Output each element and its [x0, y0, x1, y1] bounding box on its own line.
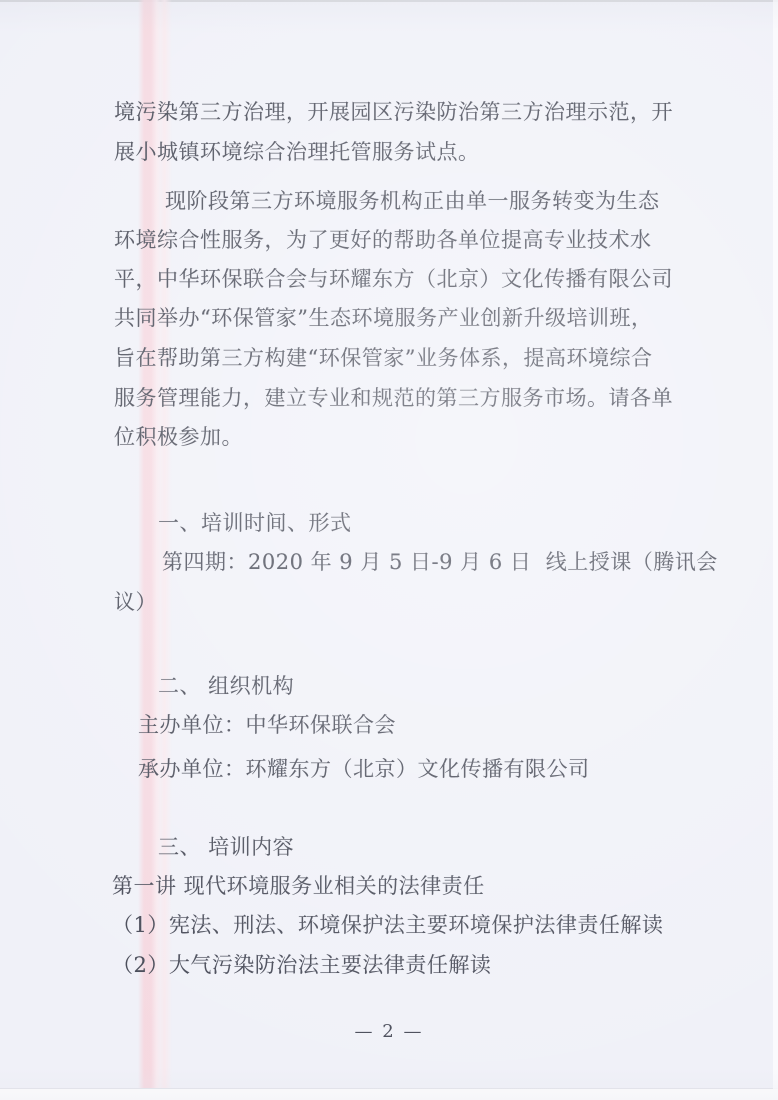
body-line: 境污染第三方治理，开展园区污染防治第三方治理示范，开: [114, 99, 673, 125]
body-line: 服务管理能力，建立专业和规范的第三方服务市场。请各单: [114, 385, 673, 411]
lecture-item-1: （1）宪法、刑法、环境保护法主要环境保护法律责任解读: [112, 912, 663, 938]
body-line: 议）: [114, 589, 157, 615]
scanner-bottom-edge: [0, 1088, 778, 1100]
section-heading-2: 二、 组织机构: [158, 673, 294, 699]
scanned-document-page: 境污染第三方治理，开展园区污染防治第三方治理示范，开 展小城镇环境综合治理托管服…: [0, 0, 778, 1100]
paragraph-start-line: 现阶段第三方环境服务机构正由单一服务转变为生态: [165, 188, 660, 214]
co-organizer-line: 承办单位：环耀东方（北京）文化传播有限公司: [138, 756, 590, 782]
body-line: 共同举办“环保管家”生态环境服务产业创新升级培训班，: [114, 305, 652, 331]
body-line: 展小城镇环境综合治理托管服务试点。: [114, 139, 480, 165]
scanner-right-edge: [773, 0, 778, 1100]
section-heading-1: 一、培训时间、形式: [158, 510, 352, 536]
body-line: 旨在帮助第三方构建“环保管家”业务体系，提高环境综合: [114, 345, 652, 371]
scanner-top-edge: [0, 0, 778, 2]
body-line: 位积极参加。: [114, 424, 243, 450]
lecture-item-2: （2）大气污染防治法主要法律责任解读: [112, 952, 491, 978]
body-line: 环境综合性服务，为了更好的帮助各单位提高专业技术水: [114, 227, 652, 253]
section-heading-3: 三、 培训内容: [158, 834, 294, 860]
training-date-line: 第四期：2020 年 9 月 5 日-9 月 6 日 线上授课（腾讯会: [162, 549, 718, 575]
body-line: 平，中华环保联合会与环耀东方（北京）文化传播有限公司: [114, 266, 673, 292]
organizer-line: 主办单位：中华环保联合会: [138, 712, 396, 738]
page-number: — 2 —: [0, 1021, 778, 1043]
lecture-title-line: 第一讲 现代环境服务业相关的法律责任: [112, 873, 485, 899]
